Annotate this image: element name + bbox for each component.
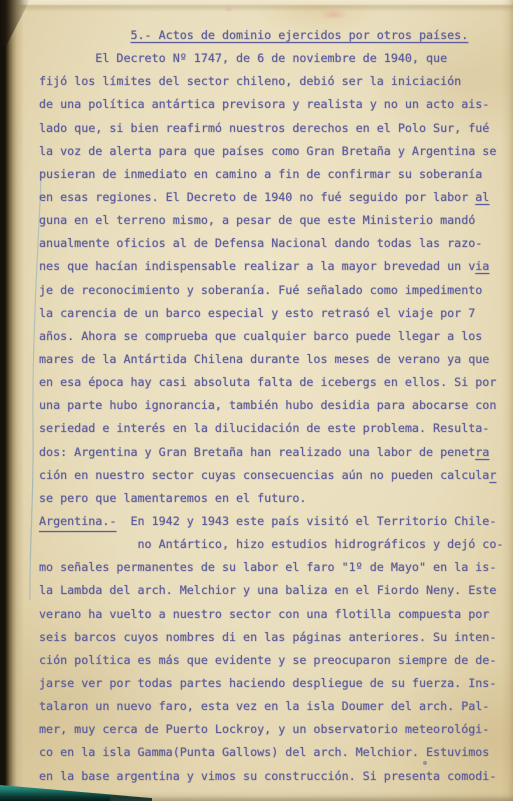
text-line: en esa época hay casi absoluta falta de … [39, 371, 507, 394]
text-segment: lado que, si bien reafirmó nuestros dere… [39, 121, 489, 135]
text-segment: ción en nuestro sector cuyas consecuenci… [39, 468, 489, 482]
text-segment: guna en el terreno mismo, a pesar de que… [39, 213, 475, 227]
text-segment: la voz de alerta para que países como Gr… [39, 144, 496, 158]
text-line: se pero que lamentaremos en el futuro. [39, 487, 507, 510]
text-line: ción política es más que evidente y se p… [39, 649, 507, 672]
underlined-text: Argentina.- [39, 514, 116, 528]
underlined-text: ia [475, 259, 489, 273]
text-line: talaron un nuevo faro, esta vez en la is… [39, 695, 507, 718]
text-line: la voz de alerta para que países como Gr… [39, 140, 507, 163]
text-line: verano ha vuelto a nuestro sector con un… [39, 603, 507, 626]
typewritten-text-block: 5.- Actos de dominio ejercidos por otros… [39, 24, 507, 788]
text-segment: mer, muy cerca de Puerto Lockroy, y un o… [39, 722, 489, 736]
text-segment: fijó los límites del sector chileno, deb… [39, 74, 461, 88]
scanned-document-page: 5.- Actos de dominio ejercidos por otros… [0, 0, 513, 801]
underlined-text: al [475, 190, 489, 204]
text-segment: seriedad e interés en la dilucidación de… [39, 421, 489, 435]
text-segment: seis barcos cuyos nombres di en las pági… [39, 630, 496, 644]
text-line: la Lambda del arch. Melchior y una baliz… [39, 579, 507, 602]
text-line: nes que hacían indispensable realizar a … [39, 255, 507, 278]
text-segment: je de reconocimiento y soberanía. Fué se… [39, 283, 482, 297]
text-line: El Decreto Nº 1747, de 6 de noviembre de… [39, 47, 507, 70]
text-line: mo señales permanentes de su labor el fa… [39, 556, 507, 579]
text-line: ción en nuestro sector cuyas consecuenci… [39, 464, 507, 487]
text-segment: de una política antártica previsora y re… [39, 97, 489, 111]
text-segment: talaron un nuevo faro, esta vez en la is… [39, 699, 489, 713]
text-segment: la carencia de un barco especial y esto … [39, 306, 475, 320]
text-line: guna en el terreno mismo, a pesar de que… [39, 209, 507, 232]
text-line: anualmente oficios al de Defensa Naciona… [39, 232, 507, 255]
text-segment: anualmente oficios al de Defensa Naciona… [39, 236, 482, 250]
text-segment: dos: Argentina y Gran Bretaña han realiz… [39, 445, 475, 459]
text-line: seriedad e interés en la dilucidación de… [39, 417, 507, 440]
text-segment: En 1942 y 1943 este país visitó el Terri… [116, 514, 496, 528]
text-line: años. Ahora se comprueba que cualquier b… [39, 325, 507, 348]
text-segment: pusieran de inmediato en camino a fin de… [39, 167, 482, 181]
pink-smudge-dot [224, 6, 233, 12]
text-segment: jarse ver por todas partes haciendo desp… [39, 676, 496, 690]
text-line: jarse ver por todas partes haciendo desp… [39, 672, 507, 695]
underlined-text: r [489, 468, 496, 482]
paper-top-edge [0, 0, 513, 12]
text-line: fijó los límites del sector chileno, deb… [39, 70, 507, 93]
text-line: una parte hubo ignorancia, también hubo … [39, 394, 507, 417]
text-line: no Antártico, hizo estudios hidrográfico… [39, 533, 507, 556]
text-segment: mo señales permanentes de su labor el fa… [39, 560, 496, 574]
text-line: mer, muy cerca de Puerto Lockroy, y un o… [39, 718, 507, 741]
text-segment: la Lambda del arch. Melchior y una baliz… [39, 583, 496, 597]
text-segment: no Antártico, hizo estudios hidrográfico… [39, 537, 503, 551]
text-segment: se pero que lamentaremos en el futuro. [39, 491, 306, 505]
text-segment: mares de la Antártida Chilena durante lo… [39, 352, 489, 366]
text-line: de una política antártica previsora y re… [39, 93, 507, 116]
text-line: je de reconocimiento y soberanía. Fué se… [39, 279, 507, 302]
text-line: pusieran de inmediato en camino a fin de… [39, 163, 507, 186]
text-line: dos: Argentina y Gran Bretaña han realiz… [39, 441, 507, 464]
text-segment: El Decreto Nº 1747, de 6 de noviembre de… [39, 51, 447, 65]
text-line: lado que, si bien reafirmó nuestros dere… [39, 117, 507, 140]
scan-left-edge-shadow [0, 0, 24, 801]
text-segment: nes que hacían indispensable realizar a … [39, 259, 475, 273]
text-line: co en la isla Gamma(Punta Gallows) del a… [39, 741, 507, 764]
text-segment: años. Ahora se comprueba que cualquier b… [39, 329, 482, 343]
text-segment: co en la isla Gamma(Punta Gallows) del a… [39, 745, 489, 759]
text-segment: ción política es más que evidente y se p… [39, 653, 496, 667]
text-line: la carencia de un barco especial y esto … [39, 302, 507, 325]
pink-smudge [320, 9, 348, 20]
text-line: seis barcos cuyos nombres di en las pági… [39, 626, 507, 649]
text-line: en la base argentina y vimos su construc… [39, 765, 507, 788]
text-line: mares de la Antártida Chilena durante lo… [39, 348, 507, 371]
underlined-text: ra [475, 445, 489, 459]
text-segment: verano ha vuelto a nuestro sector con un… [39, 607, 489, 621]
text-segment: una parte hubo ignorancia, también hubo … [39, 398, 496, 412]
section-heading: 5.- Actos de dominio ejercidos por otros… [39, 24, 507, 47]
text-segment [39, 28, 130, 42]
text-segment: en esas regiones. El Decreto de 1940 no … [39, 190, 475, 204]
underlined-text: 5.- Actos de dominio ejercidos por otros… [130, 28, 468, 42]
bottom-shadow-strip [110, 795, 513, 801]
text-line: en esas regiones. El Decreto de 1940 no … [39, 186, 507, 209]
text-line: Argentina.- En 1942 y 1943 este país vis… [39, 510, 507, 533]
text-segment: en la base argentina y vimos su construc… [39, 769, 496, 783]
text-segment: en esa época hay casi absoluta falta de … [39, 375, 496, 389]
